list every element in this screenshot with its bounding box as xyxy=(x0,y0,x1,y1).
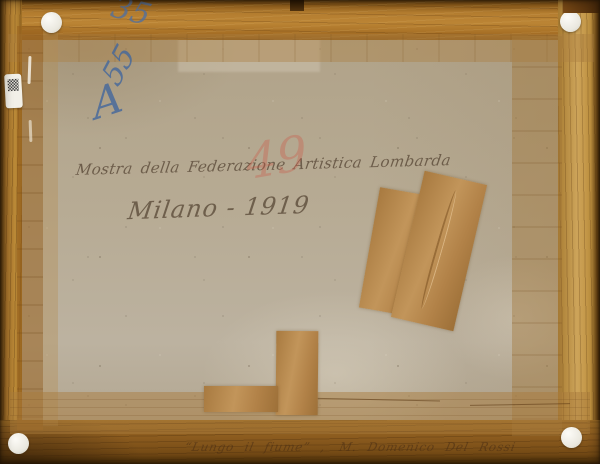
framed-artwork-verso-photo: 35 55 A Mostra della Federazione Artisti… xyxy=(0,0,600,464)
kraft-tape-strip-horizontal xyxy=(204,386,278,412)
kraft-tape-strip-vertical xyxy=(276,331,319,415)
artwork-title-inscription: “Lungo il fiume” , xyxy=(184,440,327,454)
corner-sticker-bottom-right xyxy=(561,427,582,448)
red-crayon-number: 49 xyxy=(245,125,309,192)
artist-name-inscription: M. Domenico Del Rossi xyxy=(338,440,517,454)
corner-sticker-top-right xyxy=(560,11,581,32)
qr-code-sticker xyxy=(4,74,23,109)
frame-top-right-notch xyxy=(563,0,600,13)
qr-code-icon xyxy=(7,79,19,92)
nail-hole xyxy=(290,0,304,11)
tape-band-left xyxy=(43,30,58,426)
tape-band-top xyxy=(8,34,594,62)
corner-sticker-bottom-left xyxy=(8,433,29,454)
tape-band-right xyxy=(512,36,562,436)
frame-bottom-inscription: “Lungo il fiume” , M. Domenico Del Rossi xyxy=(184,440,518,454)
corner-sticker-top-left xyxy=(41,12,62,33)
